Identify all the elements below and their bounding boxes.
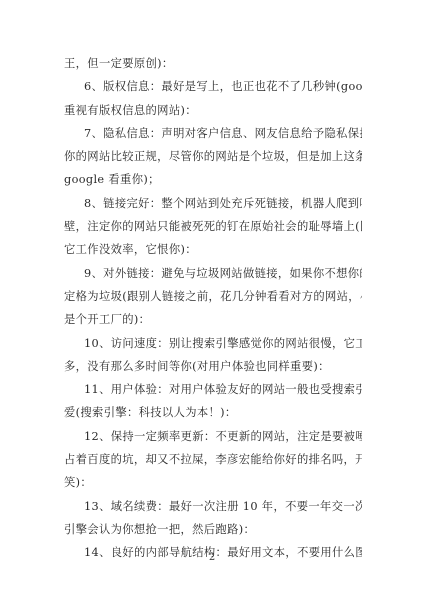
text-line: 定格为垃圾(跟别人链接之前，花几分钟看看对方的网站，小心对方 [64, 285, 362, 308]
text-line: 爱(搜索引擎：科技以人为本！)： [64, 401, 362, 424]
text-line: 壁，注定你的网站只能被死死的钉在原始社会的耻辱墙上(因为你让 [64, 215, 362, 238]
text-line-item-9: 9、对外链接：避免与垃圾网站做链接，如果你不想你的网站被 [64, 262, 362, 285]
text-line: 你的网站比较正规，尽管你的网站是个垃圾，但是加上这条不妨碍 [64, 145, 362, 168]
text-line: 笑)： [64, 471, 362, 494]
text-line: google 看重你)； [64, 168, 362, 191]
text-line-item-11: 11、用户体验：对用户体验友好的网站一般也受搜索引擎的喜 [64, 378, 362, 401]
page-number: 2 [0, 552, 424, 563]
document-body: 王，但一定要原创)： 6、版权信息：最好是写上，也正也花不了几秒钟(google… [64, 52, 362, 565]
text-line-item-13: 13、域名续费：最好一次注册 10 年，不要一年交一次费(搜索 [64, 495, 362, 518]
text-line: 王，但一定要原创)： [64, 52, 362, 75]
text-line-item-10: 10、访问速度：别让搜索引擎感觉你的网站很慢，它工作很 [64, 332, 362, 355]
text-line-item-6: 6、版权信息：最好是写上，也正也花不了几秒钟(google 比较 [64, 75, 362, 98]
text-line-item-8: 8、链接完好：整个网站到处充斥死链接，机器人爬到哪里都碰 [64, 192, 362, 215]
text-line: 是个开工厂的)： [64, 308, 362, 331]
text-line: 它工作没效率，它恨你)： [64, 238, 362, 261]
document-page: 王，但一定要原创)： 6、版权信息：最好是写上，也正也花不了几秒钟(google… [0, 0, 424, 600]
text-line-item-12: 12、保持一定频率更新：不更新的网站，注定是要被唾弃的(你 [64, 425, 362, 448]
text-line: 重视有版权信息的网站)： [64, 99, 362, 122]
text-line: 多，没有那么多时间等你(对用户体验也同样重要)： [64, 355, 362, 378]
text-line: 引擎会认为你想抢一把，然后跑路)： [64, 518, 362, 541]
text-line-item-7: 7、隐私信息：声明对客户信息、网友信息给予隐私保护(显得 [64, 122, 362, 145]
text-line: 占着百度的坑，却又不拉屎，李彦宏能给你好的排名吗，开什么玩 [64, 448, 362, 471]
